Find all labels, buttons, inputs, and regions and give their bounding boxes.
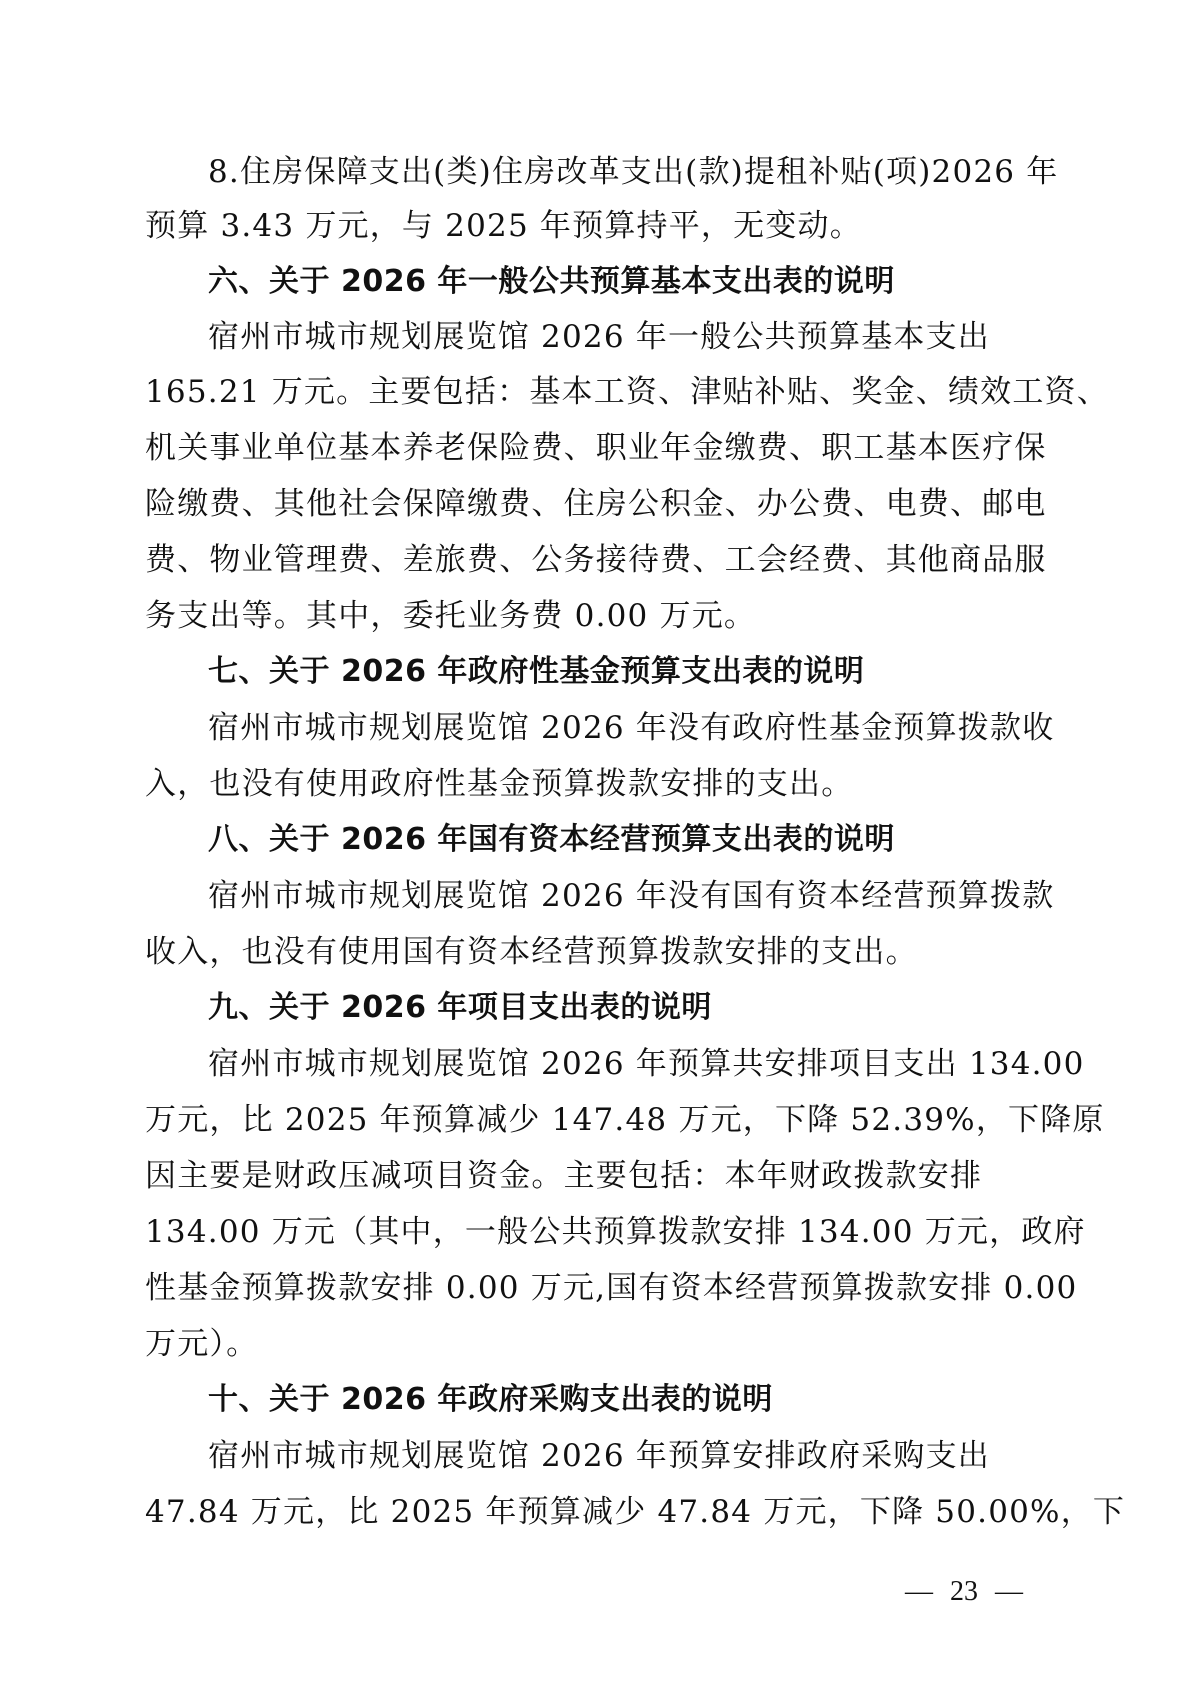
document-page: 8.住房保障支出(类)住房改革支出(款)提租补贴(项)2026 年 预算 3.4… [0, 0, 1190, 1683]
paragraph-line: 165.21 万元。主要包括：基本工资、津贴补贴、奖金、绩效工资、 [145, 372, 1045, 412]
section-heading-10: 十、关于 2026 年政府采购支出表的说明 [208, 1380, 1108, 1420]
section-heading-6: 六、关于 2026 年一般公共预算基本支出表的说明 [208, 262, 1108, 302]
section-heading-8: 八、关于 2026 年国有资本经营预算支出表的说明 [208, 820, 1108, 860]
paragraph-line-housing-subsidy-cont: 预算 3.43 万元，与 2025 年预算持平，无变动。 [145, 206, 1045, 246]
paragraph-line: 宿州市城市规划展览馆 2026 年没有政府性基金预算拨款收 [208, 708, 1108, 748]
paragraph-line-housing-subsidy: 8.住房保障支出(类)住房改革支出(款)提租补贴(项)2026 年 [208, 152, 1108, 192]
paragraph-line: 134.00 万元（其中，一般公共预算拨款安排 134.00 万元，政府 [145, 1212, 1045, 1252]
paragraph-line: 机关事业单位基本养老保险费、职业年金缴费、职工基本医疗保 [145, 428, 1045, 468]
paragraph-line: 宿州市城市规划展览馆 2026 年预算安排政府采购支出 [208, 1436, 1108, 1476]
paragraph-line: 宿州市城市规划展览馆 2026 年没有国有资本经营预算拨款 [208, 876, 1108, 916]
paragraph-line: 费、物业管理费、差旅费、公务接待费、工会经费、其他商品服 [145, 540, 1045, 580]
paragraph-line: 万元，比 2025 年预算减少 147.48 万元，下降 52.39%，下降原 [145, 1100, 1045, 1140]
paragraph-line: 险缴费、其他社会保障缴费、住房公积金、办公费、电费、邮电 [145, 484, 1045, 524]
paragraph-line: 性基金预算拨款安排 0.00 万元,国有资本经营预算拨款安排 0.00 [145, 1268, 1045, 1308]
section-heading-7: 七、关于 2026 年政府性基金预算支出表的说明 [208, 652, 1108, 692]
paragraph-line: 入，也没有使用政府性基金预算拨款安排的支出。 [145, 764, 1045, 804]
paragraph-line: 因主要是财政压减项目资金。主要包括：本年财政拨款安排 [145, 1156, 1045, 1196]
paragraph-line: 万元）。 [145, 1324, 1045, 1364]
paragraph-line: 47.84 万元，比 2025 年预算减少 47.84 万元，下降 50.00%… [145, 1492, 1045, 1532]
section-heading-9: 九、关于 2026 年项目支出表的说明 [208, 988, 1108, 1028]
paragraph-line: 宿州市城市规划展览馆 2026 年一般公共预算基本支出 [208, 317, 1108, 357]
page-number: — 23 — [905, 1575, 1023, 1609]
paragraph-line: 宿州市城市规划展览馆 2026 年预算共安排项目支出 134.00 [208, 1044, 1108, 1084]
paragraph-line: 务支出等。其中，委托业务费 0.00 万元。 [145, 596, 1045, 636]
paragraph-line: 收入，也没有使用国有资本经营预算拨款安排的支出。 [145, 932, 1045, 972]
